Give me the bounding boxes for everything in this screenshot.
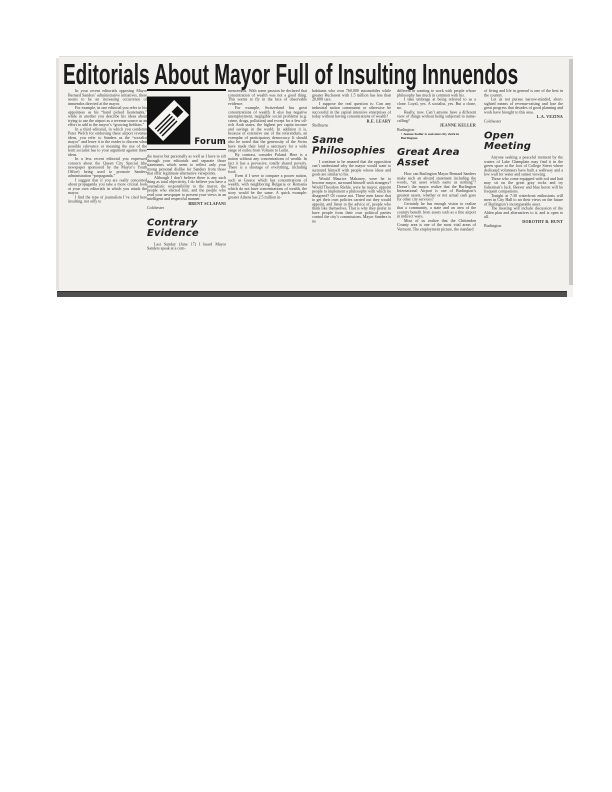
byline-place: Colchester — [147, 206, 226, 210]
paragraph: Those who come equipped with rod and bai… — [484, 177, 563, 194]
newspaper-clipping: Editorials About Mayor Full of Insulting… — [59, 56, 573, 297]
clipping-left-edge — [56, 58, 59, 290]
paragraph: By contrast, consider Poland. Here is a … — [228, 153, 307, 174]
section-heading-same-philosophies: Same Philosophies — [312, 134, 391, 155]
forum-label: Forum — [194, 139, 226, 143]
paragraph: Tonight at 7:30 waterfront enthusiasts w… — [484, 194, 563, 207]
paragraph: Most of us realize that the Chittenden C… — [397, 219, 476, 232]
headline-wrap: Editorials About Mayor Full of Insulting… — [63, 60, 574, 91]
paragraph: Anyone seeking a peaceful moment by the … — [484, 156, 563, 177]
column-4: habitants who own 760,000 automobiles wh… — [312, 89, 391, 292]
column-1: In your recent editorials opposing Mayor… — [68, 89, 147, 292]
column-3: mencement. With some passion he declared… — [228, 89, 307, 292]
paragraph: How can Burlington Mayor Bernard Sanders… — [397, 172, 476, 202]
paragraph: I continue to be amazed that the opposit… — [312, 160, 391, 177]
section-heading-open-meeting: Open Meeting — [484, 130, 563, 151]
byline-place: Burlington — [484, 224, 563, 228]
paragraph: the mayor but personally as well as I ha… — [147, 155, 226, 176]
paragraph: I find the type of journalism I’ve cited… — [68, 195, 147, 204]
paragraph: Last Sunday (June 17) I heard Mayor Sand… — [147, 242, 226, 251]
column-5-text: different in wanting to work with people… — [397, 89, 476, 232]
editor-note: • Jeanne Keller is assistant city clerk … — [397, 132, 476, 140]
paragraph: habitants who own 760,000 automobiles wh… — [312, 89, 391, 102]
clipping-right-edge — [569, 59, 573, 285]
article-headline: Editorials About Mayor Full of Insulting… — [63, 60, 574, 91]
byline-place: Colchester — [484, 119, 563, 123]
paragraph: The meeting will include discussion of t… — [484, 207, 563, 220]
paragraph: Even if I were to compare a poorer natio… — [228, 174, 307, 200]
paragraph: In a third editorial, in which you conde… — [68, 127, 147, 157]
forum-masthead: Forum — [147, 95, 226, 147]
paragraph: For example, in one editorial you refer … — [68, 106, 147, 127]
paragraph: In a less recent editorial you expressed… — [68, 157, 147, 178]
column-6: of living and life in general is one of … — [484, 89, 563, 292]
masthead-rule — [147, 89, 226, 91]
document-page: Editorials About Mayor Full of Insulting… — [0, 0, 612, 792]
paragraph: I suppose the real question is: Can any … — [312, 102, 391, 119]
column-4-text: habitants who own 760,000 automobiles wh… — [312, 89, 391, 224]
column-1-text: In your recent editorials opposing Mayor… — [68, 89, 147, 204]
section-heading-contrary-evidence: Contrary Evidence — [147, 217, 226, 238]
paragraph: For example, Switzerland has great conce… — [228, 106, 307, 153]
paragraph: Although I don’t believe there is any su… — [147, 176, 226, 202]
paragraph: Really, now. Can’t anyone have a differe… — [397, 110, 476, 123]
column-3-text: mencement. With some passion he declared… — [228, 89, 307, 200]
column-2: Forum the mayor but personally as well a… — [147, 89, 226, 292]
byline-place: Shelburne — [312, 124, 391, 128]
forum-diamond-icon — [147, 95, 190, 147]
paragraph: Would Maurice Mahoney, were he to become… — [312, 177, 391, 224]
paragraph: Certainly he has enough vision to realiz… — [397, 202, 476, 219]
masthead-rule-thin — [147, 149, 226, 150]
column-2-text: Forum the mayor but personally as well a… — [147, 89, 226, 251]
section-heading-great-area-asset: Great Area Asset — [397, 147, 476, 168]
paragraph: mencement. With some passion he declared… — [228, 89, 307, 106]
paragraph: I suggest that if you are really concern… — [68, 178, 147, 195]
column-5: different in wanting to work with people… — [397, 89, 476, 292]
paragraph: In your recent editorials opposing Mayor… — [68, 89, 147, 106]
clipping-bottom-shadow — [57, 291, 567, 297]
column-6-text: of living and life in general is one of … — [484, 89, 563, 228]
paragraph: Let us not pursue narrow-minded, short-s… — [484, 98, 563, 115]
paragraph: I take umbrage at being referred to as a… — [397, 98, 476, 111]
